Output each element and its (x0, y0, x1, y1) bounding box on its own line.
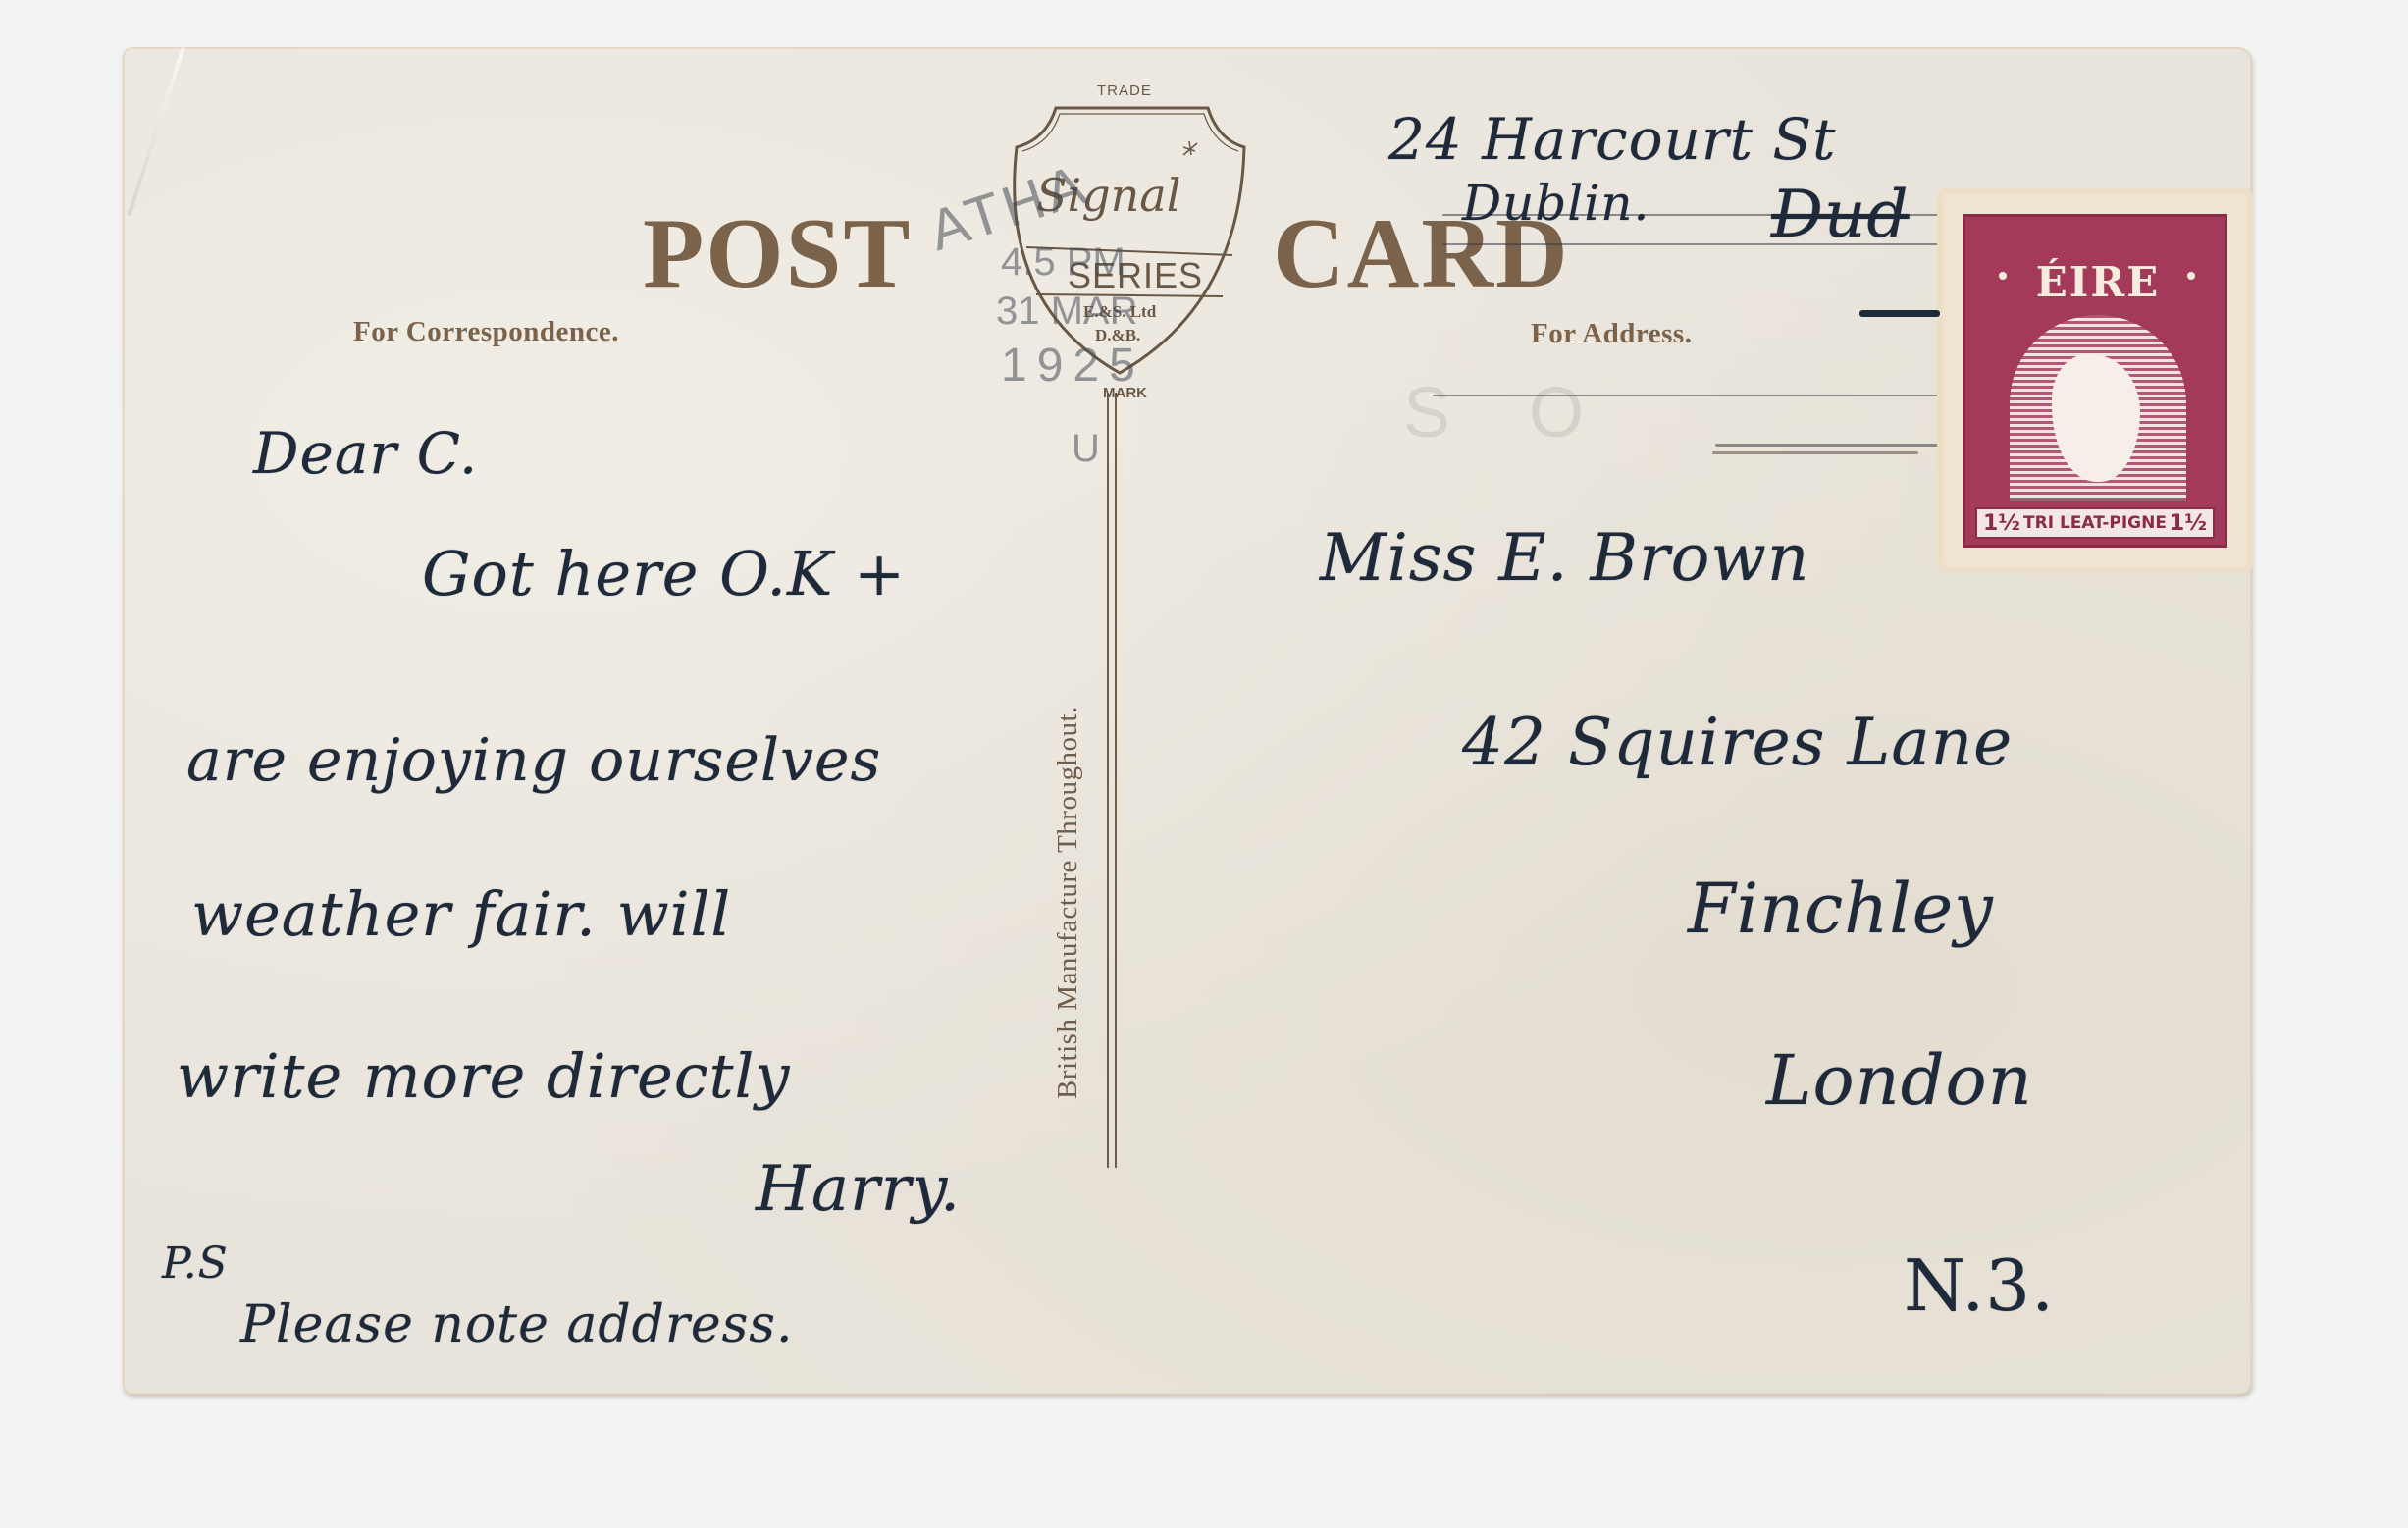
stamp-frame: ÉIRE 1½ TRI LEAT-PIGNE 1½ (1963, 214, 2227, 548)
return-address-crossed: Dud (1771, 177, 1910, 252)
postage-stamp: ÉIRE 1½ TRI LEAT-PIGNE 1½ (1943, 194, 2247, 567)
shamrock-icon (2187, 272, 2195, 280)
center-divider (1107, 393, 1117, 1168)
return-address-line2: Dublin. (1462, 175, 1649, 232)
stamp-country: ÉIRE (2034, 258, 2162, 306)
stamp-value-left: 1½ (1983, 511, 2020, 536)
message-line-1: Got here O.K + (422, 538, 906, 609)
message-line-3: weather fair. will (191, 878, 731, 950)
message-ps-text: Please note address. (240, 1295, 794, 1354)
paper-crease (127, 47, 184, 216)
recipient-city: London (1766, 1040, 2033, 1121)
stamp-denomination: TRI LEAT-PIGNE (2023, 513, 2167, 533)
return-address-line1: 24 Harcourt St (1388, 106, 1836, 173)
stamp-value-right: 1½ (2170, 511, 2207, 536)
recipient-postcode: N.3. (1904, 1244, 2055, 1327)
message-ps-label: P.S (162, 1238, 229, 1289)
recipient-name: Miss E. Brown (1320, 520, 1809, 596)
title-post: POST (643, 196, 912, 311)
trademark-top: TRADE (1097, 82, 1152, 99)
label-address: For Address. (1531, 318, 1692, 350)
message-greeting: Dear C. (253, 420, 478, 487)
postmark-code: U (1072, 427, 1100, 471)
recipient-street: 42 Squires Lane (1462, 705, 2013, 780)
message-line-4: write more directly (177, 1040, 790, 1112)
cancel-line-3 (1433, 395, 1953, 396)
shamrock-icon (1999, 272, 2007, 280)
stamp-value-panel: 1½ TRI LEAT-PIGNE 1½ (1975, 507, 2215, 539)
message-line-2: are enjoying ourselves (186, 726, 881, 795)
divider-text: British Manufacture Throughout. (1052, 432, 1084, 1099)
postmark-time: 4.5 PM (1001, 240, 1125, 285)
postmark-date: 31 MAR (996, 290, 1138, 334)
address-rule (1712, 451, 1918, 454)
postmark-year: 1925 (1001, 339, 1145, 393)
message-signature: Harry. (756, 1153, 961, 1226)
postmark-faint: S O (1403, 373, 1613, 453)
label-correspondence: For Correspondence. (353, 316, 619, 348)
recipient-district: Finchley (1688, 869, 1994, 949)
strike-mark (1859, 310, 1940, 317)
